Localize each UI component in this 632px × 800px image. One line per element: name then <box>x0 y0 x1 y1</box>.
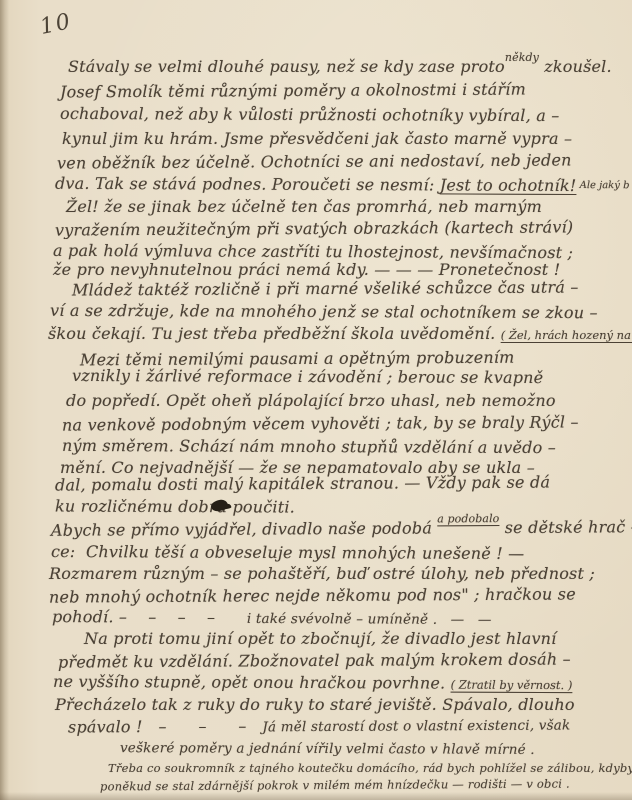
manuscript-line: Přecházelo tak z ruky do ruky to staré j… <box>55 695 575 715</box>
manuscript-line: dal, pomalu dosti malý kapitálek stranou… <box>55 472 550 495</box>
line-text: Abych se přímo vyjádřel, divadlo naše po… <box>51 518 437 539</box>
line-text: Stávaly se velmi dlouhé pausy, než se kd… <box>68 57 505 76</box>
line-text: Já měl starostí dost o vlastní existenci… <box>262 717 570 735</box>
line-text: pohodí. – – – – <box>52 607 247 627</box>
line-text: ne vyššího stupně, opět onou hračkou pov… <box>53 672 451 693</box>
manuscript-line: Žel! že se jinak bez účelně ten čas prom… <box>66 197 542 217</box>
manuscript-line: předmět ku vzdělání. Zbožnovatel pak mal… <box>58 649 571 672</box>
manuscript-line: spávalo ! – – – Já měl starostí dost o v… <box>68 714 570 738</box>
manuscript-line: Abych se přímo vyjádřel, divadlo naše po… <box>51 517 632 543</box>
margin-note: Ale jaký b <box>576 176 629 196</box>
manuscript-line: vyražením neužitečným při svatých obrazk… <box>55 217 573 240</box>
manuscript-line: neb mnohý ochotník herec nejde někomu po… <box>49 584 576 607</box>
manuscript-line: Josef Smolík těmi různými poměry a okoln… <box>60 80 526 103</box>
manuscript-line: ven oběžník bez účelně. Ochotníci se ani… <box>57 150 572 173</box>
manuscript-line: poněkud se stal zdárnější pokrok v milém… <box>100 774 570 797</box>
manuscript-line: Rozmarem různým – se pohaštěří, buď ostr… <box>49 564 595 584</box>
manuscript-line: veškeré poměry a jednání vířily velmi ča… <box>120 738 535 760</box>
manuscript-line: dva. Tak se stává podnes. Poroučeti se n… <box>55 174 630 200</box>
parenthetical-note: ( Žel, hrách hozený na zeď ?) <box>501 328 632 342</box>
line-text: i také svévolně – umíněně . — — <box>247 611 492 628</box>
line-text: zkoušel. <box>539 57 612 76</box>
interlinear-insert: a podobalo <box>437 509 499 529</box>
page-number: 10 <box>38 9 74 40</box>
manuscript-line: ným směrem. Schází nám mnoho stupňů vzdě… <box>62 436 556 458</box>
manuscript-line: ví a se zdržuje, kde na mnohého jenž se … <box>50 301 598 323</box>
manuscript-line: do popředí. Opět oheň plápolající brzo u… <box>66 391 556 411</box>
manuscript-line: Na proti tomu jiní opět to zbočnují, že … <box>84 629 557 649</box>
manuscript-line: vznikly i žárlivé reformace i závodění ;… <box>72 366 543 388</box>
manuscript-line: ne vyššího stupně, opět onou hračkou pov… <box>53 672 572 695</box>
underlined-phrase: Jest to ochotník! <box>440 175 577 195</box>
manuscript-line: pohodí. – – – – i také svévolně – umíněn… <box>52 607 492 630</box>
manuscript-line: Stávaly se velmi dlouhé pausy, než se kd… <box>68 57 612 79</box>
manuscript-line: že pro nevyhnutelnou práci nemá kdy. — —… <box>53 260 560 280</box>
manuscript-line: ce: Chvilku těší a obveseluje mysl mnohý… <box>51 542 524 564</box>
line-text: se dětské hrač – <box>499 517 632 537</box>
line-text: škou čekají. Tu jest třeba předběžní ško… <box>48 324 501 343</box>
manuscript-line: na venkově podobným věcem vyhověti ; tak… <box>62 412 579 435</box>
manuscript-page: { "page": { "number": "10" }, "colors": … <box>0 0 632 800</box>
line-text: dva. Tak se stává podnes. Poroučeti se n… <box>55 174 440 195</box>
manuscript-line: ochaboval, než aby k vůlosti průžnosti o… <box>60 104 560 126</box>
manuscript-line: Mládež taktéž rozličně i při marné všeli… <box>72 277 579 300</box>
manuscript-line: škou čekají. Tu jest třeba předběžní ško… <box>48 324 632 345</box>
interlinear-insert: někdy <box>505 48 539 68</box>
manuscript-line: kynul jim ku hrám. Jsme přesvědčeni jak … <box>62 129 572 149</box>
manuscript-line: ku rozličnému dobru poučiti. <box>55 496 295 517</box>
line-text: spávalo ! – – – <box>68 716 263 736</box>
parenthetical-note: ( Ztratil by věrnost. ) <box>451 678 573 693</box>
